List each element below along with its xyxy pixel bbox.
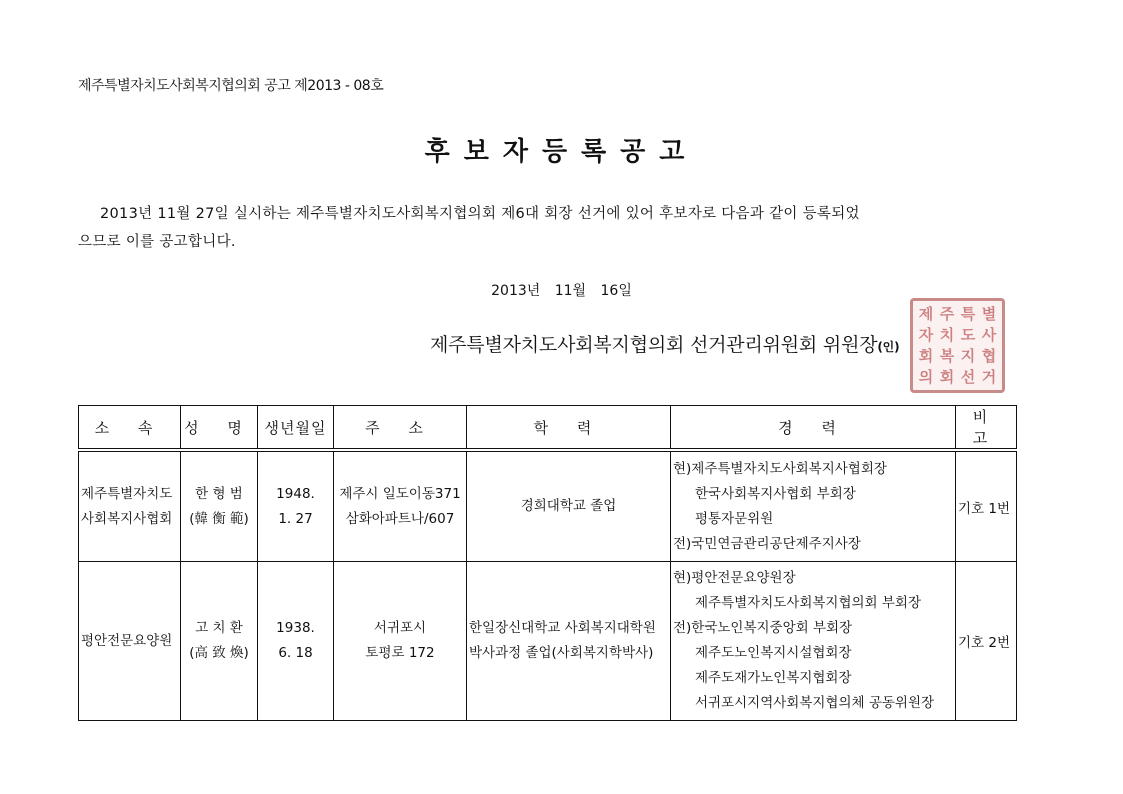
cell-birthdate: 1948. 1. 27	[258, 450, 334, 562]
cell-note: 기호 1번	[956, 450, 1017, 562]
seal-char: 지	[958, 346, 978, 366]
cell-name: 한 형 범 (韓 衡 範)	[181, 450, 258, 562]
cell-affiliation: 평안전문요양원	[79, 562, 181, 721]
seal-char: 회	[937, 367, 957, 387]
official-seal-stamp: 제 주 특 별 자 치 도 사 회 복 지 협 의 회 선 거	[910, 298, 1005, 393]
affiliation-line: 평안전문요양원	[81, 629, 180, 654]
header-affiliation: 소 속	[79, 406, 181, 451]
birth-year: 1938.	[258, 616, 333, 641]
education-line: 박사과정 졸업(사회복지학박사)	[469, 641, 670, 666]
name-hangul: 고 치 환	[181, 616, 257, 641]
seal-char: 복	[937, 346, 957, 366]
cell-name: 고 치 환 (高 致 煥)	[181, 562, 258, 721]
header-education: 학 력	[467, 406, 671, 451]
table-row: 평안전문요양원 고 치 환 (高 致 煥) 1938. 6. 18 서귀포시 토…	[79, 562, 1017, 721]
seal-char: 회	[916, 346, 936, 366]
seal-char: 선	[958, 367, 978, 387]
seal-mark: (인)	[877, 340, 899, 354]
announcement-body: 2013년 11월 27일 실시하는 제주특별자치도사회복지협의회 제6대 회장…	[78, 200, 1038, 256]
cell-birthdate: 1938. 6. 18	[258, 562, 334, 721]
seal-char: 도	[958, 325, 978, 345]
address-line: 삼화아파트나/607	[334, 507, 466, 532]
seal-char: 사	[979, 325, 999, 345]
career-line: 제주도재가노인복지협회장	[673, 666, 955, 691]
announcement-date: 2013년 11월 16일	[0, 280, 1123, 300]
seal-char: 특	[958, 304, 978, 324]
cell-career: 현)제주특별자치도사회복지사협회장 한국사회복지사협회 부회장 평통자문위원 전…	[671, 450, 956, 562]
table-header-row: 소 속 성 명 생년월일 주 소 학 력 경 력 비 고	[79, 406, 1017, 451]
seal-char: 주	[937, 304, 957, 324]
cell-note: 기호 2번	[956, 562, 1017, 721]
address-line: 제주시 일도이동371	[334, 482, 466, 507]
career-line: 한국사회복지사협회 부회장	[673, 482, 955, 507]
cell-address: 서귀포시 토평로 172	[334, 562, 467, 721]
header-birthdate: 생년월일	[258, 406, 334, 451]
cell-education: 한일장신대학교 사회복지대학원 박사과정 졸업(사회복지학박사)	[467, 562, 671, 721]
affiliation-line: 제주특별자치도	[81, 482, 180, 507]
address-line: 서귀포시	[334, 616, 466, 641]
address-line: 토평로 172	[334, 641, 466, 666]
seal-char: 별	[979, 304, 999, 324]
document-number: 제주특별자치도사회복지협의회 공고 제2013 - 08호	[78, 75, 383, 95]
career-line: 서귀포시지역사회복지협의체 공동위원장	[673, 691, 955, 716]
seal-char: 의	[916, 367, 936, 387]
header-career: 경 력	[671, 406, 956, 451]
birth-year: 1948.	[258, 482, 333, 507]
header-note: 비 고	[956, 406, 1017, 451]
seal-char: 협	[979, 346, 999, 366]
document-title: 후보자등록공고	[0, 131, 1123, 168]
career-line: 제주특별자치도사회복지협의회 부회장	[673, 591, 955, 616]
name-hangul: 한 형 범	[181, 482, 257, 507]
birth-month-day: 6. 18	[258, 641, 333, 666]
career-line: 현)평안전문요양원장	[673, 566, 955, 591]
cell-affiliation: 제주특별자치도 사회복지사협회	[79, 450, 181, 562]
career-line: 전)한국노인복지중앙회 부회장	[673, 616, 955, 641]
career-line: 평통자문위원	[673, 507, 955, 532]
affiliation-line: 사회복지사협회	[81, 507, 180, 532]
education-line: 한일장신대학교 사회복지대학원	[469, 616, 670, 641]
birth-month-day: 1. 27	[258, 507, 333, 532]
career-line: 제주도노인복지시설협회장	[673, 641, 955, 666]
body-line-2: 으므로 이를 공고합니다.	[78, 234, 236, 250]
seal-char: 제	[916, 304, 936, 324]
table-row: 제주특별자치도 사회복지사협회 한 형 범 (韓 衡 範) 1948. 1. 2…	[79, 450, 1017, 562]
education-line: 경희대학교 졸업	[467, 494, 670, 519]
body-line-1: 2013년 11월 27일 실시하는 제주특별자치도사회복지협의회 제6대 회장…	[100, 206, 860, 222]
career-line: 전)국민연금관리공단제주지사장	[673, 532, 955, 557]
seal-char: 치	[937, 325, 957, 345]
issuer-name: 제주특별자치도사회복지협의회 선거관리위원회 위원장	[430, 334, 877, 356]
cell-address: 제주시 일도이동371 삼화아파트나/607	[334, 450, 467, 562]
header-address: 주 소	[334, 406, 467, 451]
seal-char: 거	[979, 367, 999, 387]
name-hanja: (韓 衡 範)	[181, 507, 257, 532]
candidates-table: 소 속 성 명 생년월일 주 소 학 력 경 력 비 고 제주특별자치도 사회복…	[78, 405, 1017, 721]
cell-education: 경희대학교 졸업	[467, 450, 671, 562]
career-line: 현)제주특별자치도사회복지사협회장	[673, 457, 955, 482]
name-hanja: (高 致 煥)	[181, 641, 257, 666]
issuer-signature: 제주특별자치도사회복지협의회 선거관리위원회 위원장(인)	[430, 330, 899, 357]
cell-career: 현)평안전문요양원장 제주특별자치도사회복지협의회 부회장 전)한국노인복지중앙…	[671, 562, 956, 721]
header-name: 성 명	[181, 406, 258, 451]
seal-char: 자	[916, 325, 936, 345]
